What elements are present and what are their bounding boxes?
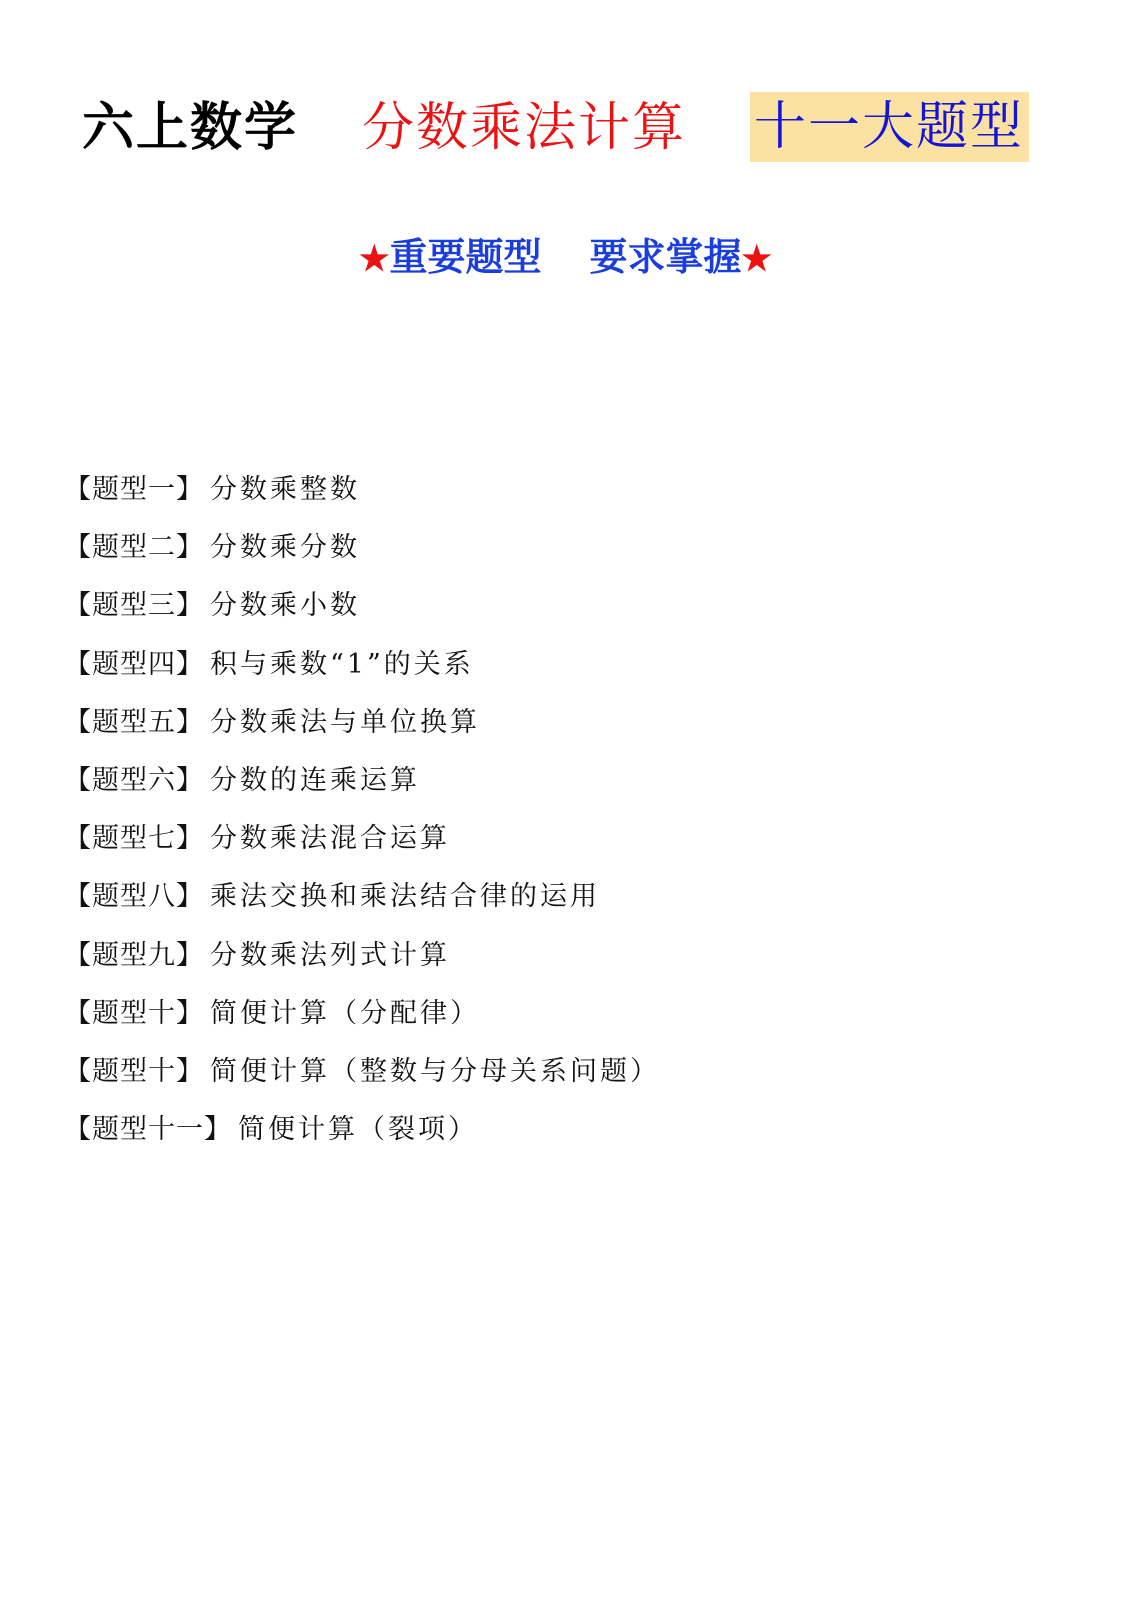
toc-item-tag: 【题型八】: [64, 881, 204, 912]
toc-item: 【题型三】分数乘小数: [64, 584, 660, 642]
toc-item: 【题型十】简便计算（整数与分母关系问题）: [64, 1050, 660, 1108]
toc-item: 【题型六】分数的连乘运算: [64, 759, 660, 817]
toc-item: 【题型七】分数乘法混合运算: [64, 817, 660, 875]
toc-item-text: 积与乘数“1”的关系: [210, 649, 474, 680]
toc-item-text: 分数乘法与单位换算: [210, 707, 480, 738]
toc-item-tag: 【题型十】: [64, 1056, 204, 1087]
toc-item-tag: 【题型十一】: [64, 1114, 232, 1145]
subtitle-left: 重要题型: [389, 234, 541, 279]
toc-item: 【题型四】积与乘数“1”的关系: [64, 643, 660, 701]
page-title: 六上数学 分数乘法计算 十一大题型: [0, 88, 1131, 168]
toc-item: 【题型十】简便计算（分配律）: [64, 992, 660, 1050]
toc-item-text: 分数乘整数: [210, 474, 360, 505]
toc-item-tag: 【题型七】: [64, 823, 204, 854]
toc-item-tag: 【题型一】: [64, 474, 204, 505]
toc-item: 【题型五】分数乘法与单位换算: [64, 701, 660, 759]
toc-item-tag: 【题型五】: [64, 707, 204, 738]
toc-item-text: 简便计算（整数与分母关系问题）: [210, 1056, 660, 1087]
toc-item-tag: 【题型十】: [64, 998, 204, 1029]
toc-item-text: 简便计算（分配律）: [210, 998, 480, 1029]
title-grade-subject: 六上数学: [82, 98, 298, 158]
toc-item: 【题型十一】简便计算（裂项）: [64, 1108, 660, 1166]
title-count: 十一大题型: [754, 97, 1024, 157]
table-of-contents: 【题型一】分数乘整数 【题型二】分数乘分数 【题型三】分数乘小数 【题型四】积与…: [64, 468, 660, 1166]
toc-item-tag: 【题型六】: [64, 765, 204, 796]
toc-item: 【题型八】乘法交换和乘法结合律的运用: [64, 875, 660, 933]
toc-item-text: 分数的连乘运算: [210, 765, 420, 796]
star-icon: ★: [359, 239, 389, 279]
toc-item: 【题型一】分数乘整数: [64, 468, 660, 526]
title-highlight-box: 十一大题型: [750, 92, 1029, 162]
toc-item-text: 分数乘法列式计算: [210, 940, 450, 971]
toc-item-text: 分数乘法混合运算: [210, 823, 450, 854]
toc-item-text: 分数乘小数: [210, 590, 360, 621]
toc-item-tag: 【题型四】: [64, 649, 204, 680]
star-icon: ★: [742, 239, 772, 279]
toc-item-tag: 【题型九】: [64, 940, 204, 971]
toc-item-text: 分数乘分数: [210, 532, 360, 563]
subtitle-right: 要求掌握: [590, 234, 742, 279]
toc-item-tag: 【题型三】: [64, 590, 204, 621]
toc-item-text: 简便计算（裂项）: [238, 1114, 478, 1145]
toc-item-text: 乘法交换和乘法结合律的运用: [210, 881, 600, 912]
toc-item-tag: 【题型二】: [64, 532, 204, 563]
toc-item: 【题型九】分数乘法列式计算: [64, 934, 660, 992]
title-topic: 分数乘法计算: [362, 98, 686, 158]
subtitle: ★重要题型要求掌握★: [0, 232, 1131, 284]
toc-item: 【题型二】分数乘分数: [64, 526, 660, 584]
